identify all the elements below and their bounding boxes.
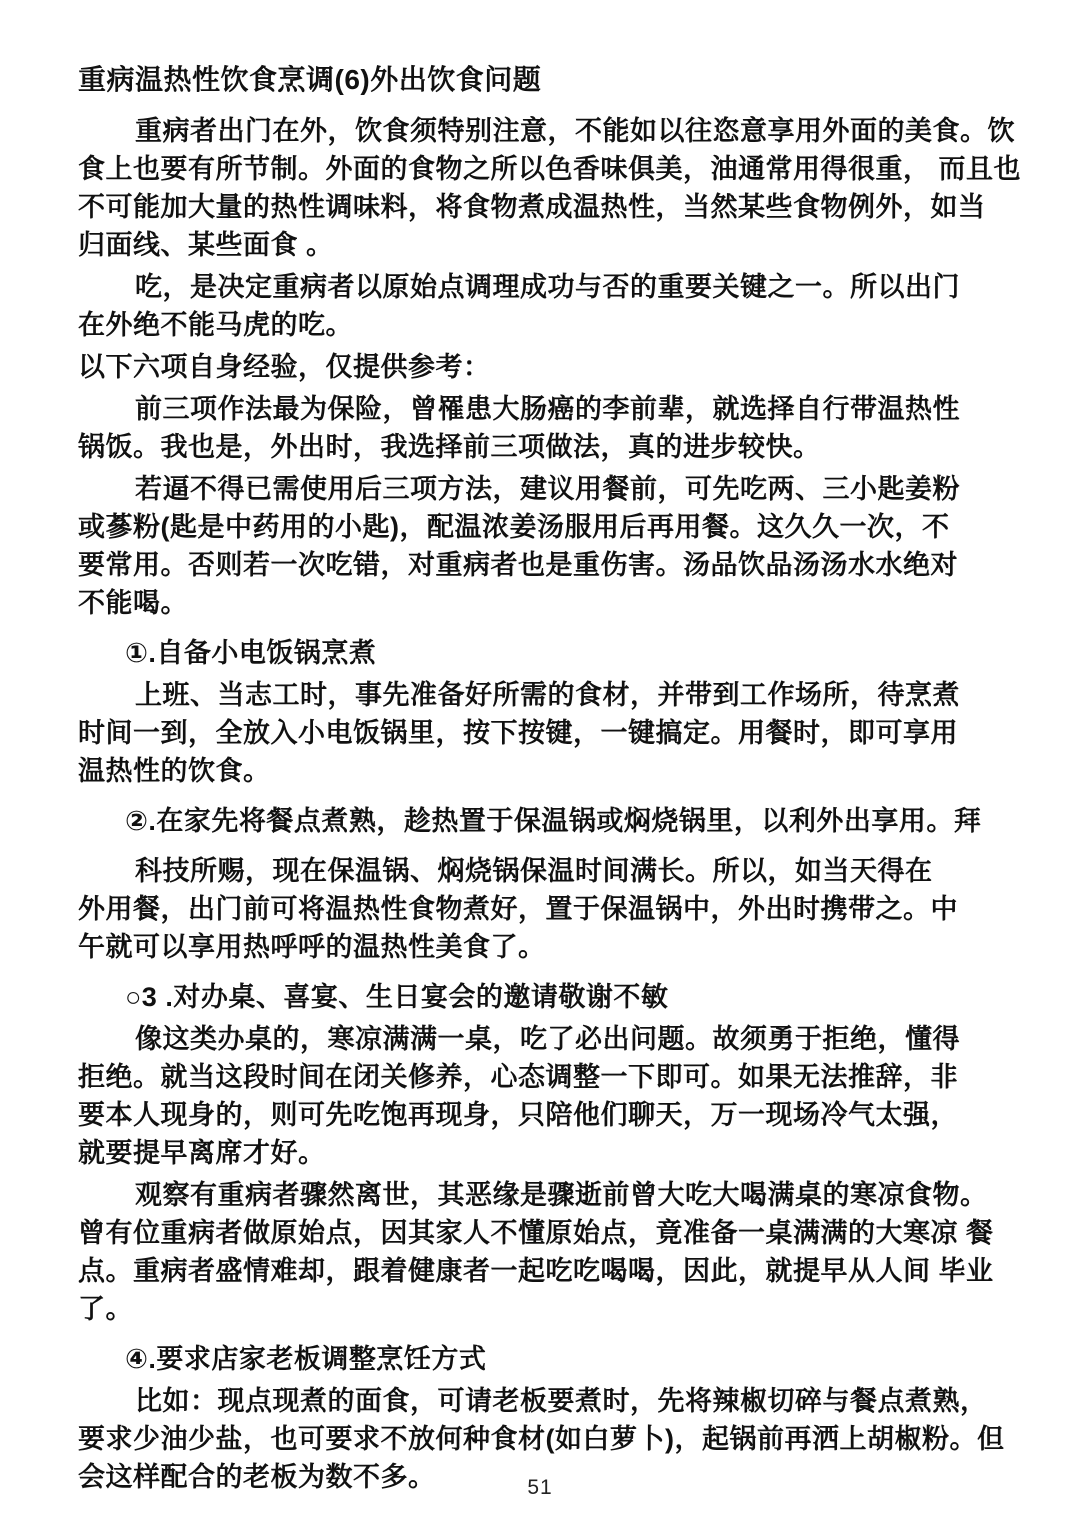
text-line: 比如：现点现煮的面食，可请老板要煮时，先将辣椒切碎与餐点煮熟， [78, 1382, 1024, 1420]
paragraph: 观察有重病者骤然离世，其恶缘是骤逝前曾大吃大喝满桌的寒凉食物。 曾有位重病者做原… [78, 1176, 1024, 1328]
text-line: 时间一到，全放入小电饭锅里，按下按键，一键搞定。用餐时，即可享用 [78, 714, 1024, 752]
text-line: 前三项作法最为保险，曾罹患大肠癌的李前辈，就选择自行带温热性 [78, 390, 1024, 428]
text-line: 以下六项自身经验，仅提供参考： [78, 348, 1024, 386]
document-title: 重病温热性饮食烹调(6)外出饮食问题 [78, 60, 1024, 100]
text-line: 拒绝。就当这段时间在闭关修养，心态调整一下即可。如果无法推辞，非 [78, 1058, 1024, 1096]
text-line: ④.要求店家老板调整烹饪方式 [78, 1340, 1024, 1378]
paragraph: 上班、当志工时，事先准备好所需的食材，并带到工作场所，待烹煮 时间一到，全放入小… [78, 676, 1024, 790]
text-line: 重病者出门在外，饮食须特别注意，不能如以往恣意享用外面的美食。饮 [78, 112, 1024, 150]
text-line: 不能喝。 [78, 584, 1024, 622]
text-line: 吃，是决定重病者以原始点调理成功与否的重要关键之一。所以出门 [78, 268, 1024, 306]
list-item-heading-1: ①.自备小电饭锅烹煮 [78, 634, 1024, 672]
list-item-heading-3: ○3 .对办桌、喜宴、生日宴会的邀请敬谢不敏 [78, 978, 1024, 1016]
text-line: 在外绝不能马虎的吃。 [78, 306, 1024, 344]
text-line: 观察有重病者骤然离世，其恶缘是骤逝前曾大吃大喝满桌的寒凉食物。 [78, 1176, 1024, 1214]
paragraph: 科技所赐，现在保温锅、焖烧锅保温时间满长。所以，如当天得在 外用餐，出门前可将温… [78, 852, 1024, 966]
text-line: 或蔘粉(匙是中药用的小匙)，配温浓姜汤服用后再用餐。这久久一次，不 [78, 508, 1024, 546]
text-line: 像这类办桌的，寒凉满满一桌，吃了必出问题。故须勇于拒绝，懂得 [78, 1020, 1024, 1058]
text-line: 了。 [78, 1290, 1024, 1328]
text-line: 午就可以享用热呼呼的温热性美食了。 [78, 928, 1024, 966]
text-line: 点。重病者盛情难却，跟着健康者一起吃吃喝喝，因此，就提早从人间 毕业 [78, 1252, 1024, 1290]
text-line: 要本人现身的，则可先吃饱再现身，只陪他们聊天，万一现场冷气太强， [78, 1096, 1024, 1134]
paragraph: 以下六项自身经验，仅提供参考： [78, 348, 1024, 386]
paragraph: 像这类办桌的，寒凉满满一桌，吃了必出问题。故须勇于拒绝，懂得 拒绝。就当这段时间… [78, 1020, 1024, 1172]
list-item-heading-4: ④.要求店家老板调整烹饪方式 [78, 1340, 1024, 1378]
text-line: 要常用。否则若一次吃错，对重病者也是重伤害。汤品饮品汤汤水水绝对 [78, 546, 1024, 584]
text-line: ②.在家先将餐点煮熟，趁热置于保温锅或焖烧锅里，以利外出享用。拜 [78, 802, 1024, 840]
paragraph: 重病者出门在外，饮食须特别注意，不能如以往恣意享用外面的美食。饮 食上也要有所节… [78, 112, 1024, 264]
text-line: 不可能加大量的热性调味料，将食物煮成温热性，当然某些食物例外，如当 [78, 188, 1024, 226]
text-line: 就要提早离席才好。 [78, 1134, 1024, 1172]
text-line: 外用餐，出门前可将温热性食物煮好，置于保温锅中，外出时携带之。中 [78, 890, 1024, 928]
text-line: 曾有位重病者做原始点，因其家人不懂原始点，竟准备一桌满满的大寒凉 餐 [78, 1214, 1024, 1252]
text-line: 归面线、某些面食 。 [78, 226, 1024, 264]
text-line: 锅饭。我也是，外出时，我选择前三项做法，真的进步较快。 [78, 428, 1024, 466]
paragraph: 吃，是决定重病者以原始点调理成功与否的重要关键之一。所以出门 在外绝不能马虎的吃… [78, 268, 1024, 344]
paragraph: 若逼不得已需使用后三项方法，建议用餐前，可先吃两、三小匙姜粉 或蔘粉(匙是中药用… [78, 470, 1024, 622]
text-line: ○3 .对办桌、喜宴、生日宴会的邀请敬谢不敏 [78, 978, 1024, 1016]
list-item-heading-2: ②.在家先将餐点煮熟，趁热置于保温锅或焖烧锅里，以利外出享用。拜 [78, 802, 1024, 840]
text-line: 上班、当志工时，事先准备好所需的食材，并带到工作场所，待烹煮 [78, 676, 1024, 714]
text-line: 科技所赐，现在保温锅、焖烧锅保温时间满长。所以，如当天得在 [78, 852, 1024, 890]
text-line: 食上也要有所节制。外面的食物之所以色香味俱美，油通常用得很重， 而且也 [78, 150, 1024, 188]
paragraph: 前三项作法最为保险，曾罹患大肠癌的李前辈，就选择自行带温热性 锅饭。我也是，外出… [78, 390, 1024, 466]
text-line: 温热性的饮食。 [78, 752, 1024, 790]
document-page: 重病温热性饮食烹调(6)外出饮食问题 重病者出门在外，饮食须特别注意，不能如以往… [0, 0, 1080, 1526]
page-number: 51 [0, 1476, 1080, 1500]
text-line: 若逼不得已需使用后三项方法，建议用餐前，可先吃两、三小匙姜粉 [78, 470, 1024, 508]
text-line: ①.自备小电饭锅烹煮 [78, 634, 1024, 672]
text-line: 要求少油少盐，也可要求不放何种食材(如白萝卜)，起锅前再洒上胡椒粉。但 [78, 1420, 1024, 1458]
